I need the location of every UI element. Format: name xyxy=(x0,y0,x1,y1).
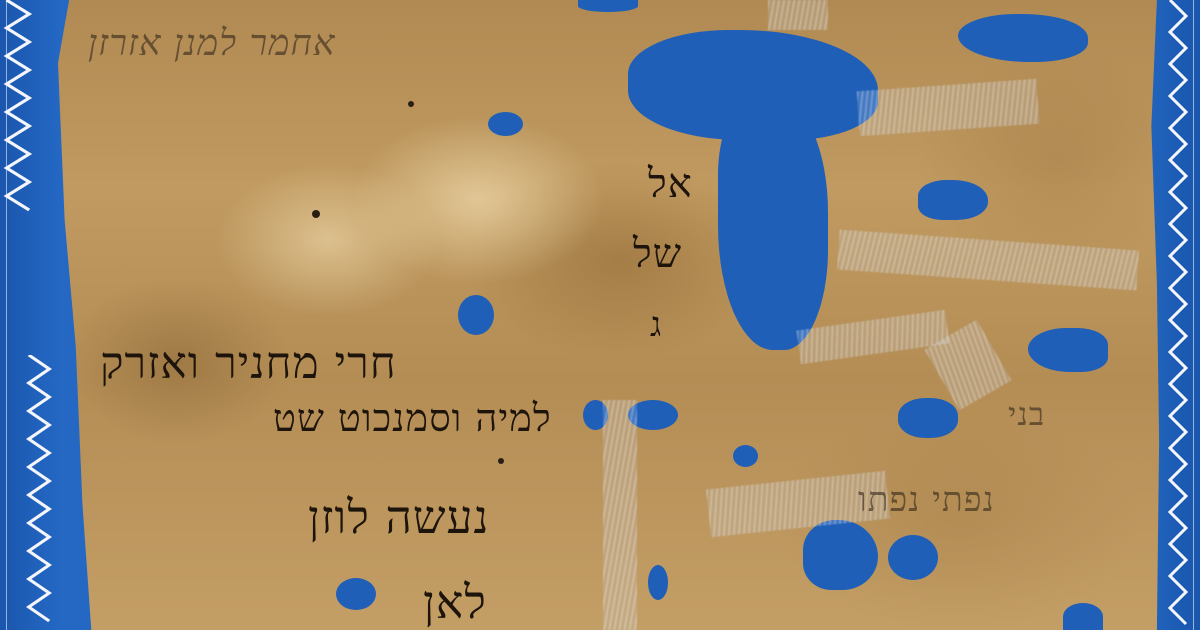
torn-hole xyxy=(578,0,638,12)
torn-hole xyxy=(733,445,758,467)
repair-tissue xyxy=(796,310,949,365)
manuscript-line: ג xyxy=(650,305,662,345)
torn-hole xyxy=(488,112,523,136)
zigzag-stitching-right xyxy=(1162,0,1192,630)
torn-hole xyxy=(958,14,1088,62)
manuscript-line: בני xyxy=(1008,395,1045,433)
repair-tissue xyxy=(837,230,1139,291)
repair-tissue xyxy=(603,400,637,630)
ink-spot xyxy=(498,458,504,464)
repair-tissue xyxy=(768,0,828,30)
manuscript-line: אחמר למנן אזרזן xyxy=(88,22,335,64)
manuscript-line: של xyxy=(633,230,682,277)
zigzag-stitching-left-top xyxy=(2,0,36,215)
torn-hole xyxy=(458,295,494,335)
ink-spot xyxy=(408,101,414,107)
torn-hole xyxy=(1063,603,1103,630)
torn-hole xyxy=(648,565,668,600)
torn-hole xyxy=(803,520,878,590)
torn-hole xyxy=(718,100,828,350)
manuscript-line: חרי מחניר ואזרק xyxy=(100,338,397,389)
torn-hole xyxy=(1028,328,1108,372)
zigzag-stitching-left-bottom xyxy=(22,355,56,630)
manuscript-line: אל xyxy=(648,160,693,207)
manuscript-line: למיה וסמנכוט שט xyxy=(273,396,552,441)
manuscript-line: נפתי נפתו xyxy=(858,480,995,520)
torn-hole xyxy=(336,578,376,610)
repair-tissue xyxy=(857,79,1040,136)
ink-spot xyxy=(312,210,320,218)
torn-hole xyxy=(918,180,988,220)
manuscript-line: לאן xyxy=(423,575,487,629)
manuscript-line: נעשה לוזן xyxy=(308,490,489,544)
torn-hole xyxy=(898,398,958,438)
manuscript-fragment: אחמר למנן אזרזן אל של ג חרי מחניר ואזרק … xyxy=(58,0,1168,630)
backing-edge-line xyxy=(1193,0,1194,630)
torn-hole xyxy=(888,535,938,580)
